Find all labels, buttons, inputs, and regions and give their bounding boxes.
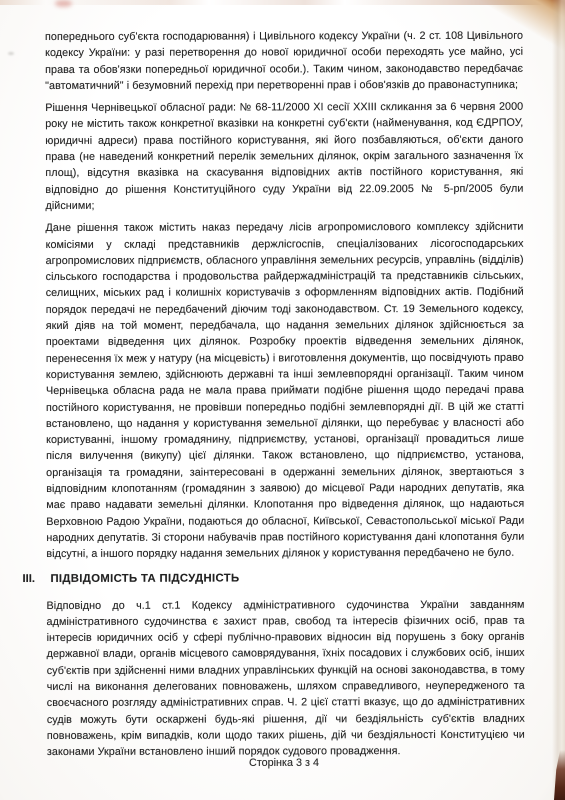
scan-speck [8,52,14,55]
section-heading: III. ПІДВІДОМІСТЬ ТА ПІДСУДНІСТЬ [46,571,524,584]
section-title: ПІДВІДОМІСТЬ ТА ПІДСУДНІСТЬ [50,571,524,584]
paragraph-council-decision: Рішення Чернівецької обласної ради: № 68… [45,99,523,214]
paragraph-continuation: попереднього суб'єкта господарювання) і … [45,28,523,94]
scanned-document-page: попереднього суб'єкта господарювання) і … [0,0,565,800]
paragraph-forest-transfer: Дане рішення також містить наказ передач… [46,219,525,562]
scan-page-edge-line [552,0,565,800]
section-number: III. [22,572,50,584]
paragraph-jurisdiction: Відповідно до ч.1 ст.1 Кодексу адміністр… [46,596,524,760]
document-body: попереднього суб'єкта господарювання) і … [45,28,525,767]
scan-red-smudge [55,0,72,7]
page-number-footer: Сторінка 3 з 4 [45,757,523,769]
